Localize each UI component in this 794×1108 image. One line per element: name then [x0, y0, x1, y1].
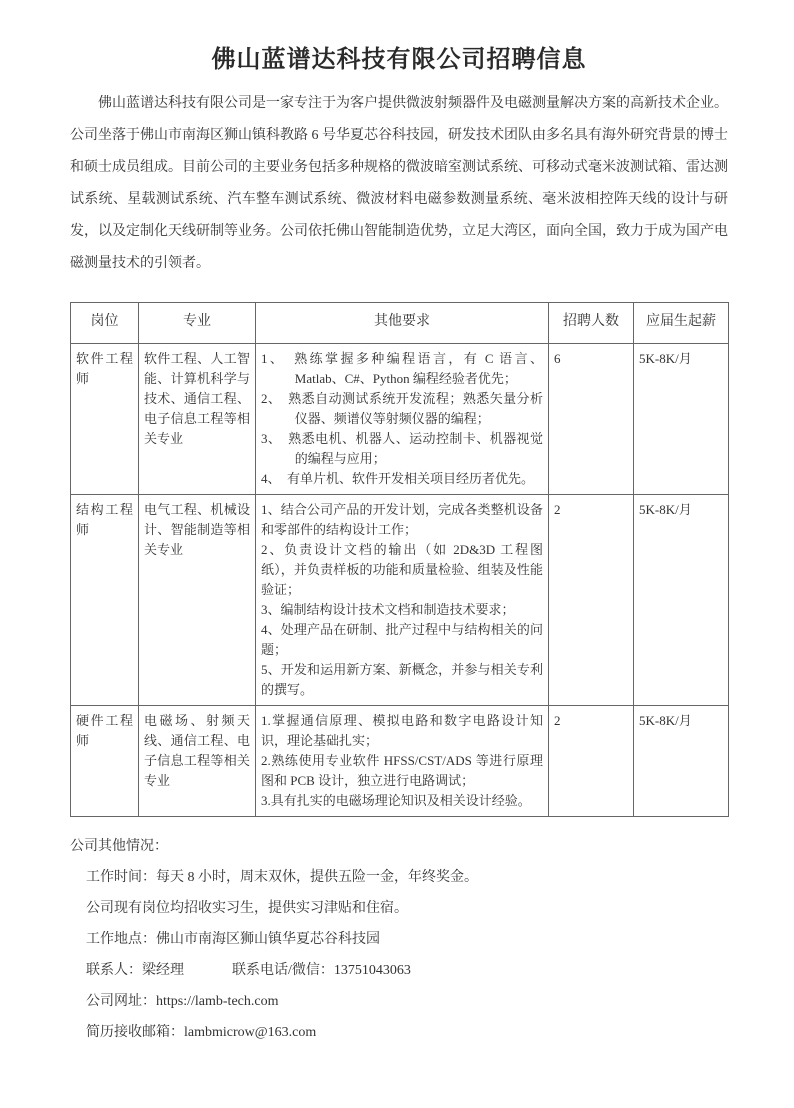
requirement-item: 3、 熟悉电机、机器人、运动控制卡、机器视觉的编程与应用； [261, 429, 543, 469]
website-line: 公司网址：https://lamb-tech.com [70, 986, 728, 1017]
work-location-line: 工作地点：佛山市南海区狮山镇华夏芯谷科技园 [70, 924, 728, 955]
requirement-item: 2.熟练使用专业软件 HFSS/CST/ADS 等进行原理图和 PCB 设计，独… [261, 751, 543, 791]
other-info-section: 公司其他情况： 工作时间：每天 8 小时，周末双休，提供五险一金，年终奖金。 公… [70, 831, 728, 1048]
requirement-item: 3.具有扎实的电磁场理论知识及相关设计经验。 [261, 791, 543, 811]
email-line: 简历接收邮箱：lambmicrow@163.com [70, 1017, 728, 1048]
requirement-item: 2、负责设计文档的输出（如 2D&3D 工程图纸），并负责样板的功能和质量检验、… [261, 540, 543, 600]
requirement-item: 4、处理产品在研制、批产过程中与结构相关的问题； [261, 620, 543, 660]
table-header-row: 岗位 专业 其他要求 招聘人数 应届生起薪 [71, 303, 729, 344]
table-row-hardware-engineer: 硬件工程师 电磁场、射频天线、通信工程、电子信息工程等相关专业 1.掌握通信原理… [71, 706, 729, 817]
internship-line: 公司现有岗位均招收实习生，提供实习津贴和住宿。 [70, 893, 728, 924]
salary-cell: 5K-8K/月 [634, 344, 729, 495]
major-cell: 软件工程、人工智能、计算机科学与技术、通信工程、电子信息工程等相关专业 [139, 344, 256, 495]
requirement-item: 1、 熟练掌握多种编程语言，有 C 语言、Matlab、C#、Python 编程… [261, 349, 543, 389]
salary-cell: 5K-8K/月 [634, 706, 729, 817]
position-cell: 硬件工程师 [71, 706, 139, 817]
document-page: 佛山蓝谱达科技有限公司招聘信息 佛山蓝谱达科技有限公司是一家专注于为客户提供微波… [0, 0, 794, 1108]
requirements-cell: 1.掌握通信原理、模拟电路和数字电路设计知识，理论基础扎实； 2.熟练使用专业软… [256, 706, 549, 817]
requirement-item: 4、 有单片机、软件开发相关项目经历者优先。 [261, 469, 543, 489]
requirement-item: 3、编制结构设计技术文档和制造技术要求； [261, 600, 543, 620]
headcount-cell: 2 [549, 495, 634, 706]
table-row-software-engineer: 软件工程师 软件工程、人工智能、计算机科学与技术、通信工程、电子信息工程等相关专… [71, 344, 729, 495]
intro-paragraph: 佛山蓝谱达科技有限公司是一家专注于为客户提供微波射频器件及电磁测量解决方案的高新… [70, 88, 728, 280]
requirements-cell: 1、 熟练掌握多种编程语言，有 C 语言、Matlab、C#、Python 编程… [256, 344, 549, 495]
requirement-item: 2、 熟悉自动测试系统开发流程；熟悉矢量分析仪器、频谱仪等射频仪器的编程； [261, 389, 543, 429]
column-header-position: 岗位 [71, 303, 139, 344]
table-row-structural-engineer: 结构工程师 电气工程、机械设计、智能制造等相关专业 1、结合公司产品的开发计划，… [71, 495, 729, 706]
requirements-cell: 1、结合公司产品的开发计划，完成各类整机设备和零部件的结构设计工作； 2、负责设… [256, 495, 549, 706]
major-cell: 电磁场、射频天线、通信工程、电子信息工程等相关专业 [139, 706, 256, 817]
page-title: 佛山蓝谱达科技有限公司招聘信息 [70, 44, 728, 76]
salary-cell: 5K-8K/月 [634, 495, 729, 706]
headcount-cell: 6 [549, 344, 634, 495]
work-time-line: 工作时间：每天 8 小时，周末双休，提供五险一金，年终奖金。 [70, 862, 728, 893]
other-info-heading: 公司其他情况： [70, 831, 728, 862]
headcount-cell: 2 [549, 706, 634, 817]
column-header-salary: 应届生起薪 [634, 303, 729, 344]
requirement-item: 5、开发和运用新方案、新概念，并参与相关专利的撰写。 [261, 660, 543, 700]
column-header-requirements: 其他要求 [256, 303, 549, 344]
contact-phone: 联系电话/微信：13751043063 [232, 963, 411, 978]
requirement-item: 1、结合公司产品的开发计划，完成各类整机设备和零部件的结构设计工作； [261, 500, 543, 540]
requirement-item: 1.掌握通信原理、模拟电路和数字电路设计知识，理论基础扎实； [261, 711, 543, 751]
position-cell: 软件工程师 [71, 344, 139, 495]
major-cell: 电气工程、机械设计、智能制造等相关专业 [139, 495, 256, 706]
contact-line: 联系人：梁经理联系电话/微信：13751043063 [70, 955, 728, 986]
jobs-table: 岗位 专业 其他要求 招聘人数 应届生起薪 软件工程师 软件工程、人工智能、计算… [70, 302, 729, 817]
column-header-major: 专业 [139, 303, 256, 344]
column-header-headcount: 招聘人数 [549, 303, 634, 344]
position-cell: 结构工程师 [71, 495, 139, 706]
contact-person: 联系人：梁经理 [86, 963, 184, 978]
